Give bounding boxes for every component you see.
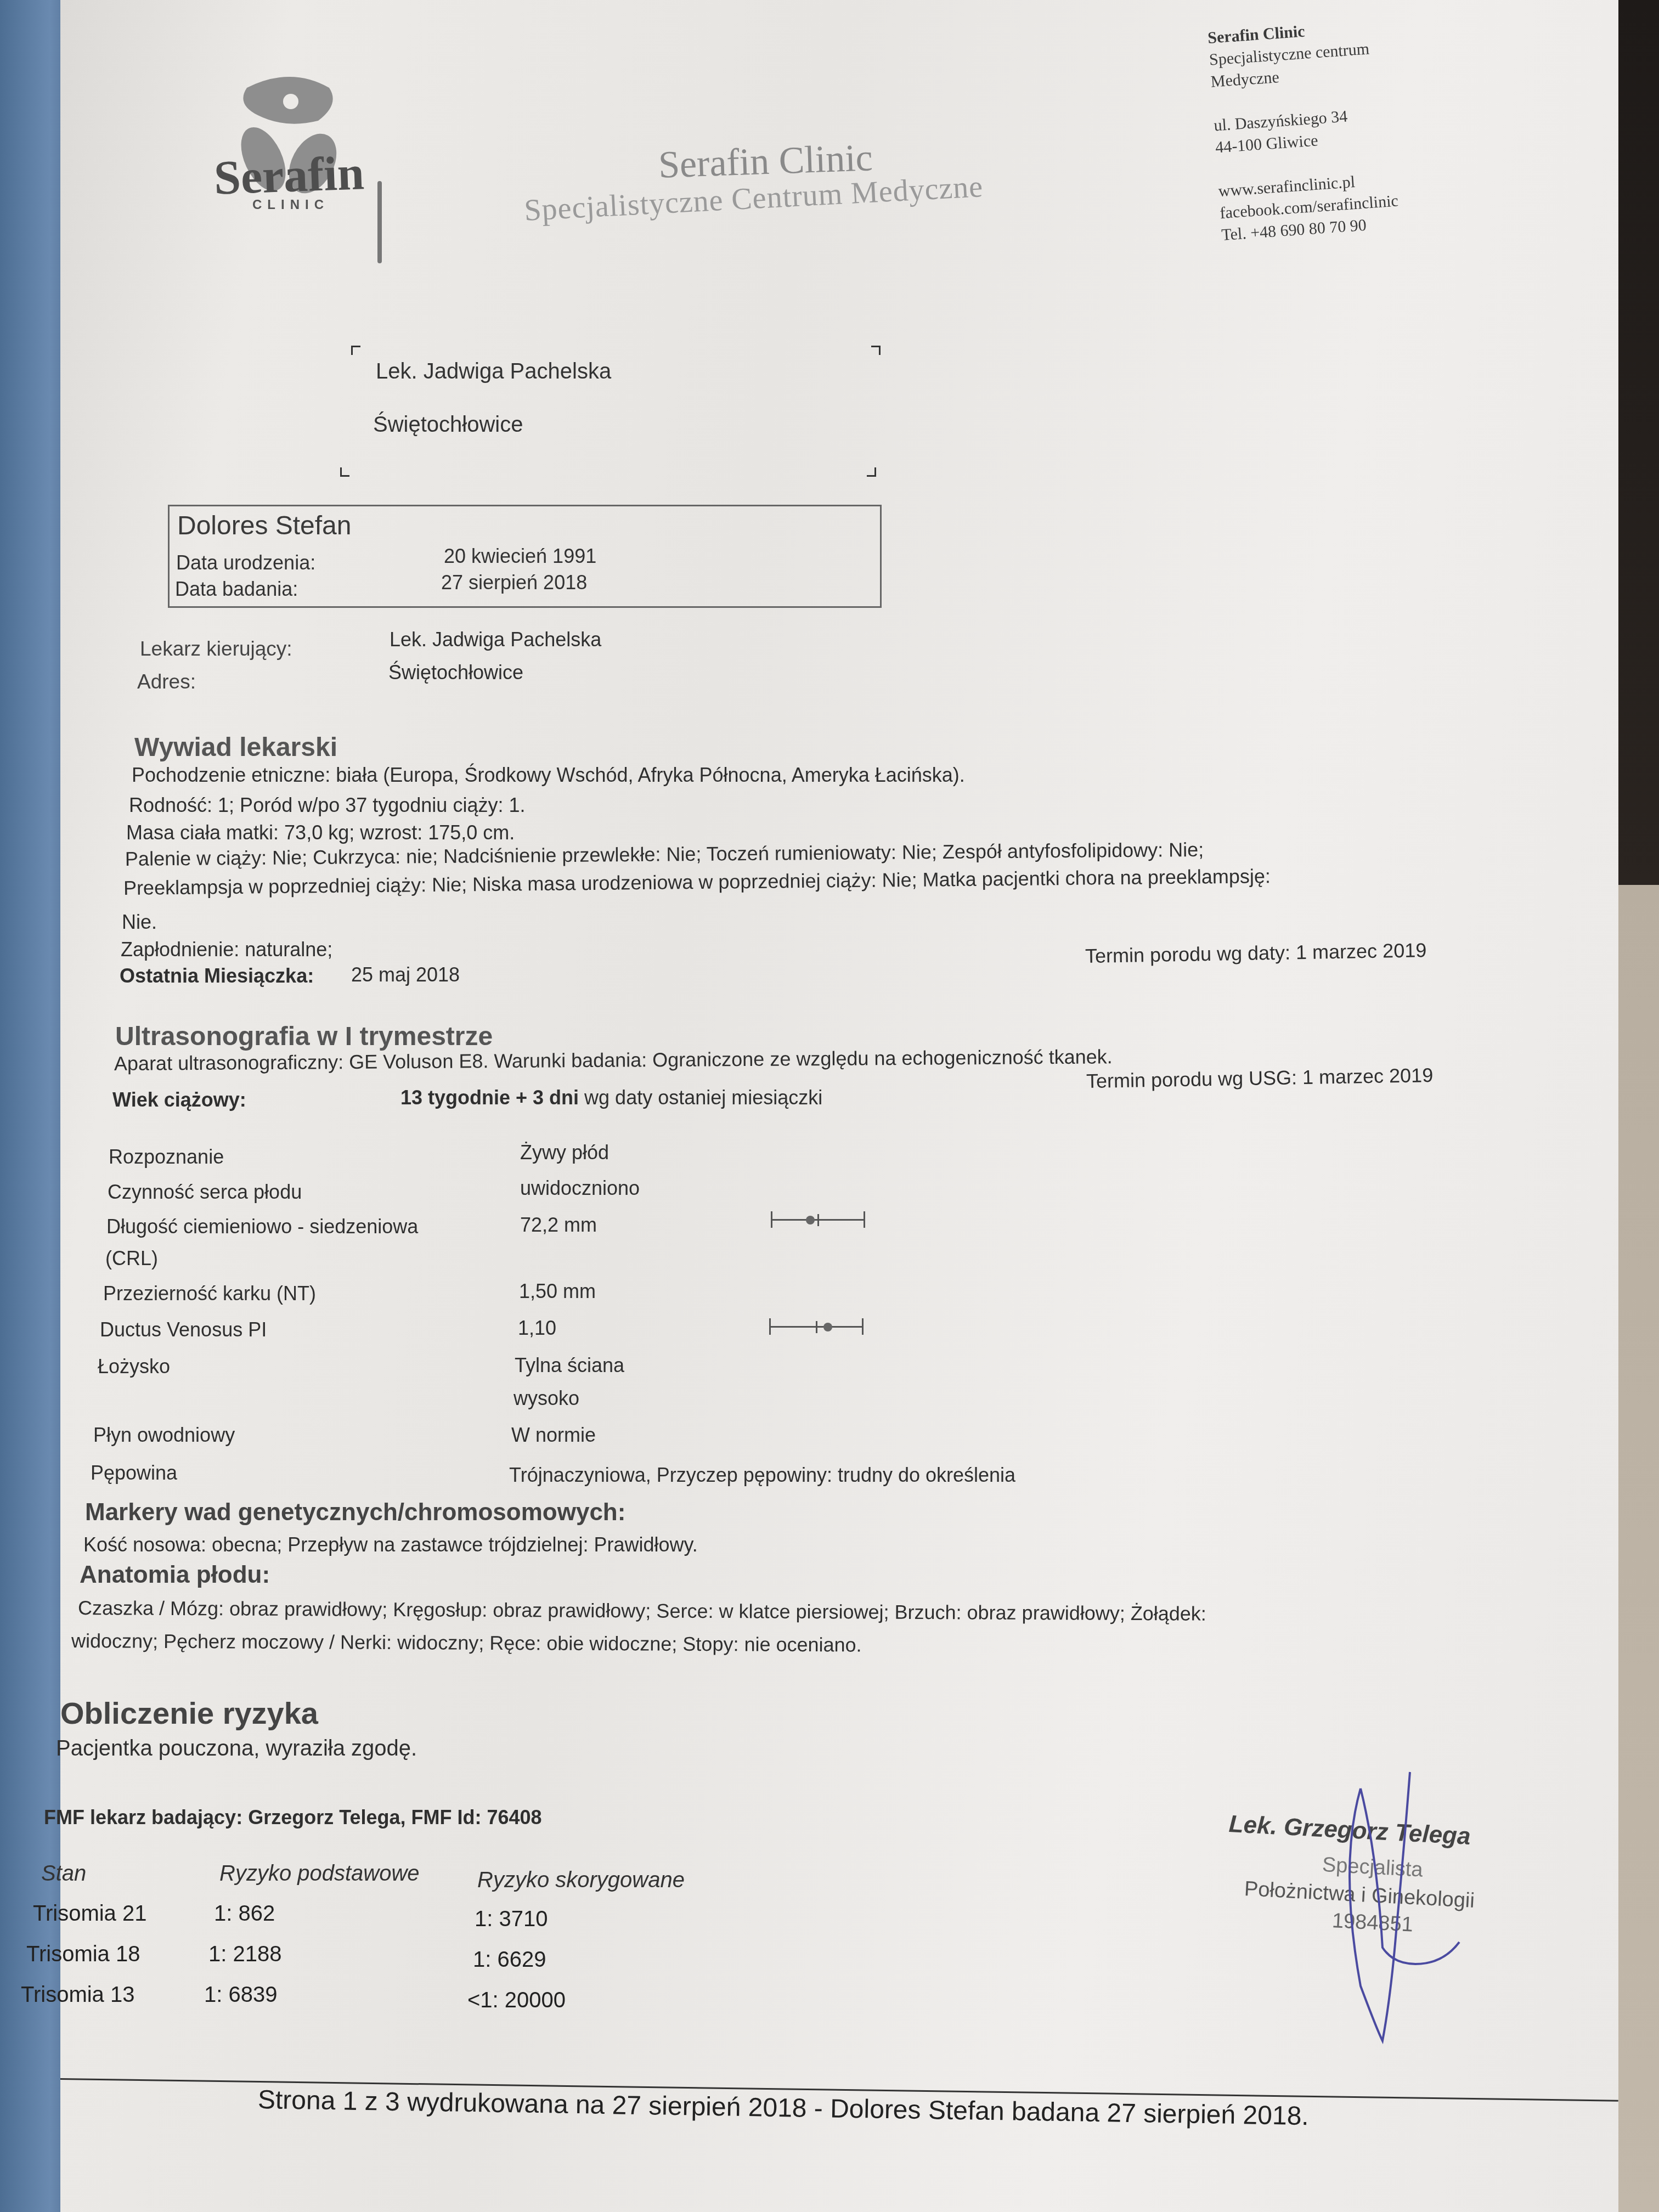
history-line: Pochodzenie etniczne: biała (Europa, Śro… xyxy=(132,764,965,787)
crl-range-indicator xyxy=(771,1211,865,1228)
document-page: Serafin CLINIC Serafin Clinic Specjalist… xyxy=(60,0,1618,2212)
risk-base: 1: 2188 xyxy=(208,1942,281,1967)
row-value: 1,10 xyxy=(518,1317,556,1340)
gestational-age-value: 13 tygodnie + 3 dni xyxy=(400,1086,579,1109)
referring-doctor-label: Lekarz kierujący: xyxy=(140,637,292,661)
dob-value: 20 kwiecień 1991 xyxy=(444,545,596,568)
exam-date-label: Data badania: xyxy=(175,578,298,601)
history-line: Rodność: 1; Poród w/po 37 tygodniu ciąży… xyxy=(129,794,525,817)
signature-icon xyxy=(1295,1767,1514,2052)
risk-header-base: Ryzyko podstawowe xyxy=(219,1861,420,1886)
risk-header-adjusted: Ryzyko skorygowane xyxy=(477,1868,685,1893)
patient-box: Dolores Stefan Data urodzenia: 20 kwieci… xyxy=(168,505,882,608)
row-value: Trójnaczyniowa, Przyczep pępowiny: trudn… xyxy=(509,1464,1015,1487)
anatomy-title: Anatomia płodu: xyxy=(80,1561,270,1589)
header-divider xyxy=(377,181,382,263)
risk-adjusted: 1: 3710 xyxy=(475,1907,548,1932)
consent-text: Pacjentka pouczona, wyraziła zgodę. xyxy=(56,1736,417,1761)
anatomy-line: widoczny; Pęcherz moczowy / Nerki: widoc… xyxy=(71,1629,862,1657)
page-footer: Strona 1 z 3 wydrukowana na 27 sierpień … xyxy=(258,2085,1310,2131)
markers-text: Kość nosowa: obecna; Przepływ na zastawc… xyxy=(83,1533,698,1556)
risk-base: 1: 6839 xyxy=(204,1983,277,2007)
row-value: Tylna ściana xyxy=(515,1354,624,1377)
row-label: Przezierność karku (NT) xyxy=(103,1282,316,1305)
ultrasound-title: Ultrasonografia w I trymestrze xyxy=(115,1022,493,1052)
lmp-value: 25 maj 2018 xyxy=(351,963,460,986)
window-corner xyxy=(351,346,360,355)
row-label-cont: (CRL) xyxy=(105,1247,158,1270)
referral-address: Świętochłowice xyxy=(388,661,523,684)
logo-subtitle: CLINIC xyxy=(252,198,329,213)
risk-condition: Trisomia 13 xyxy=(21,1983,134,2007)
due-date-by-usg: Termin porodu wg USG: 1 marzec 2019 xyxy=(1086,1064,1434,1093)
risk-header-condition: Stan xyxy=(41,1861,86,1886)
referring-doctor: Lek. Jadwiga Pachelska xyxy=(390,628,601,651)
dob-label: Data urodzenia: xyxy=(176,551,315,574)
window-corner xyxy=(867,467,876,477)
row-value: 1,50 mm xyxy=(519,1280,596,1303)
clinic-contact-block: Serafin Clinic Specjalistyczne centrum M… xyxy=(1207,15,1401,246)
exam-date-value: 27 sierpień 2018 xyxy=(441,571,587,594)
row-label: Ductus Venosus PI xyxy=(100,1318,267,1341)
gestational-age-label: Wiek ciążowy: xyxy=(112,1088,246,1111)
patient-name: Dolores Stefan xyxy=(177,511,352,541)
row-label: Płyn owodniowy xyxy=(93,1424,235,1447)
row-label: Łożysko xyxy=(98,1355,170,1378)
row-label: Pępowina xyxy=(91,1462,177,1485)
window-corner xyxy=(871,346,881,355)
anatomy-line: Czaszka / Mózg: obraz prawidłowy; Kręgos… xyxy=(78,1596,1206,1626)
history-line: Nie. xyxy=(122,911,157,934)
row-label: Rozpoznanie xyxy=(109,1145,224,1169)
risk-base: 1: 862 xyxy=(214,1901,275,1926)
address-label: Adres: xyxy=(137,670,196,693)
row-value: W normie xyxy=(511,1424,596,1447)
row-label: Czynność serca płodu xyxy=(108,1181,302,1204)
row-value: 72,2 mm xyxy=(520,1214,597,1237)
ductus-venosus-range-indicator xyxy=(769,1318,864,1335)
recipient-city: Świętochłowice xyxy=(373,413,523,437)
markers-title: Markery wad genetycznych/chromosomowych: xyxy=(85,1499,625,1526)
gestational-age: 13 tygodnie + 3 dni wg daty ostaniej mie… xyxy=(400,1086,822,1109)
risk-title: Obliczenie ryzyka xyxy=(60,1695,318,1731)
window-corner xyxy=(340,467,349,477)
due-date-by-lmp: Termin porodu wg daty: 1 marzec 2019 xyxy=(1085,939,1427,968)
history-line: Masa ciała matki: 73,0 kg; wzrost: 175,0… xyxy=(126,821,515,844)
risk-adjusted: 1: 6629 xyxy=(473,1948,546,1972)
row-value: uwidoczniono xyxy=(520,1177,640,1200)
risk-condition: Trisomia 18 xyxy=(26,1942,140,1967)
history-line: Zapłodnienie: naturalne; xyxy=(121,938,332,961)
row-value: Żywy płód xyxy=(520,1141,609,1164)
gestational-age-suffix: wg daty ostaniej miesiączki xyxy=(584,1086,822,1109)
row-value-cont: wysoko xyxy=(513,1387,579,1410)
risk-condition: Trisomia 21 xyxy=(33,1901,146,1926)
history-line: Preeklampsja w poprzedniej ciąży: Nie; N… xyxy=(123,865,1271,900)
risk-adjusted: <1: 20000 xyxy=(467,1988,566,2013)
row-label: Długość ciemieniowo - siedzeniowa xyxy=(106,1215,418,1238)
recipient-name: Lek. Jadwiga Pachelska xyxy=(376,359,611,384)
lmp-label: Ostatnia Miesiączka: xyxy=(120,964,314,988)
history-title: Wywiad lekarski xyxy=(134,732,337,763)
fmf-examiner: FMF lekarz badający: Grzegorz Telega, FM… xyxy=(44,1806,542,1829)
